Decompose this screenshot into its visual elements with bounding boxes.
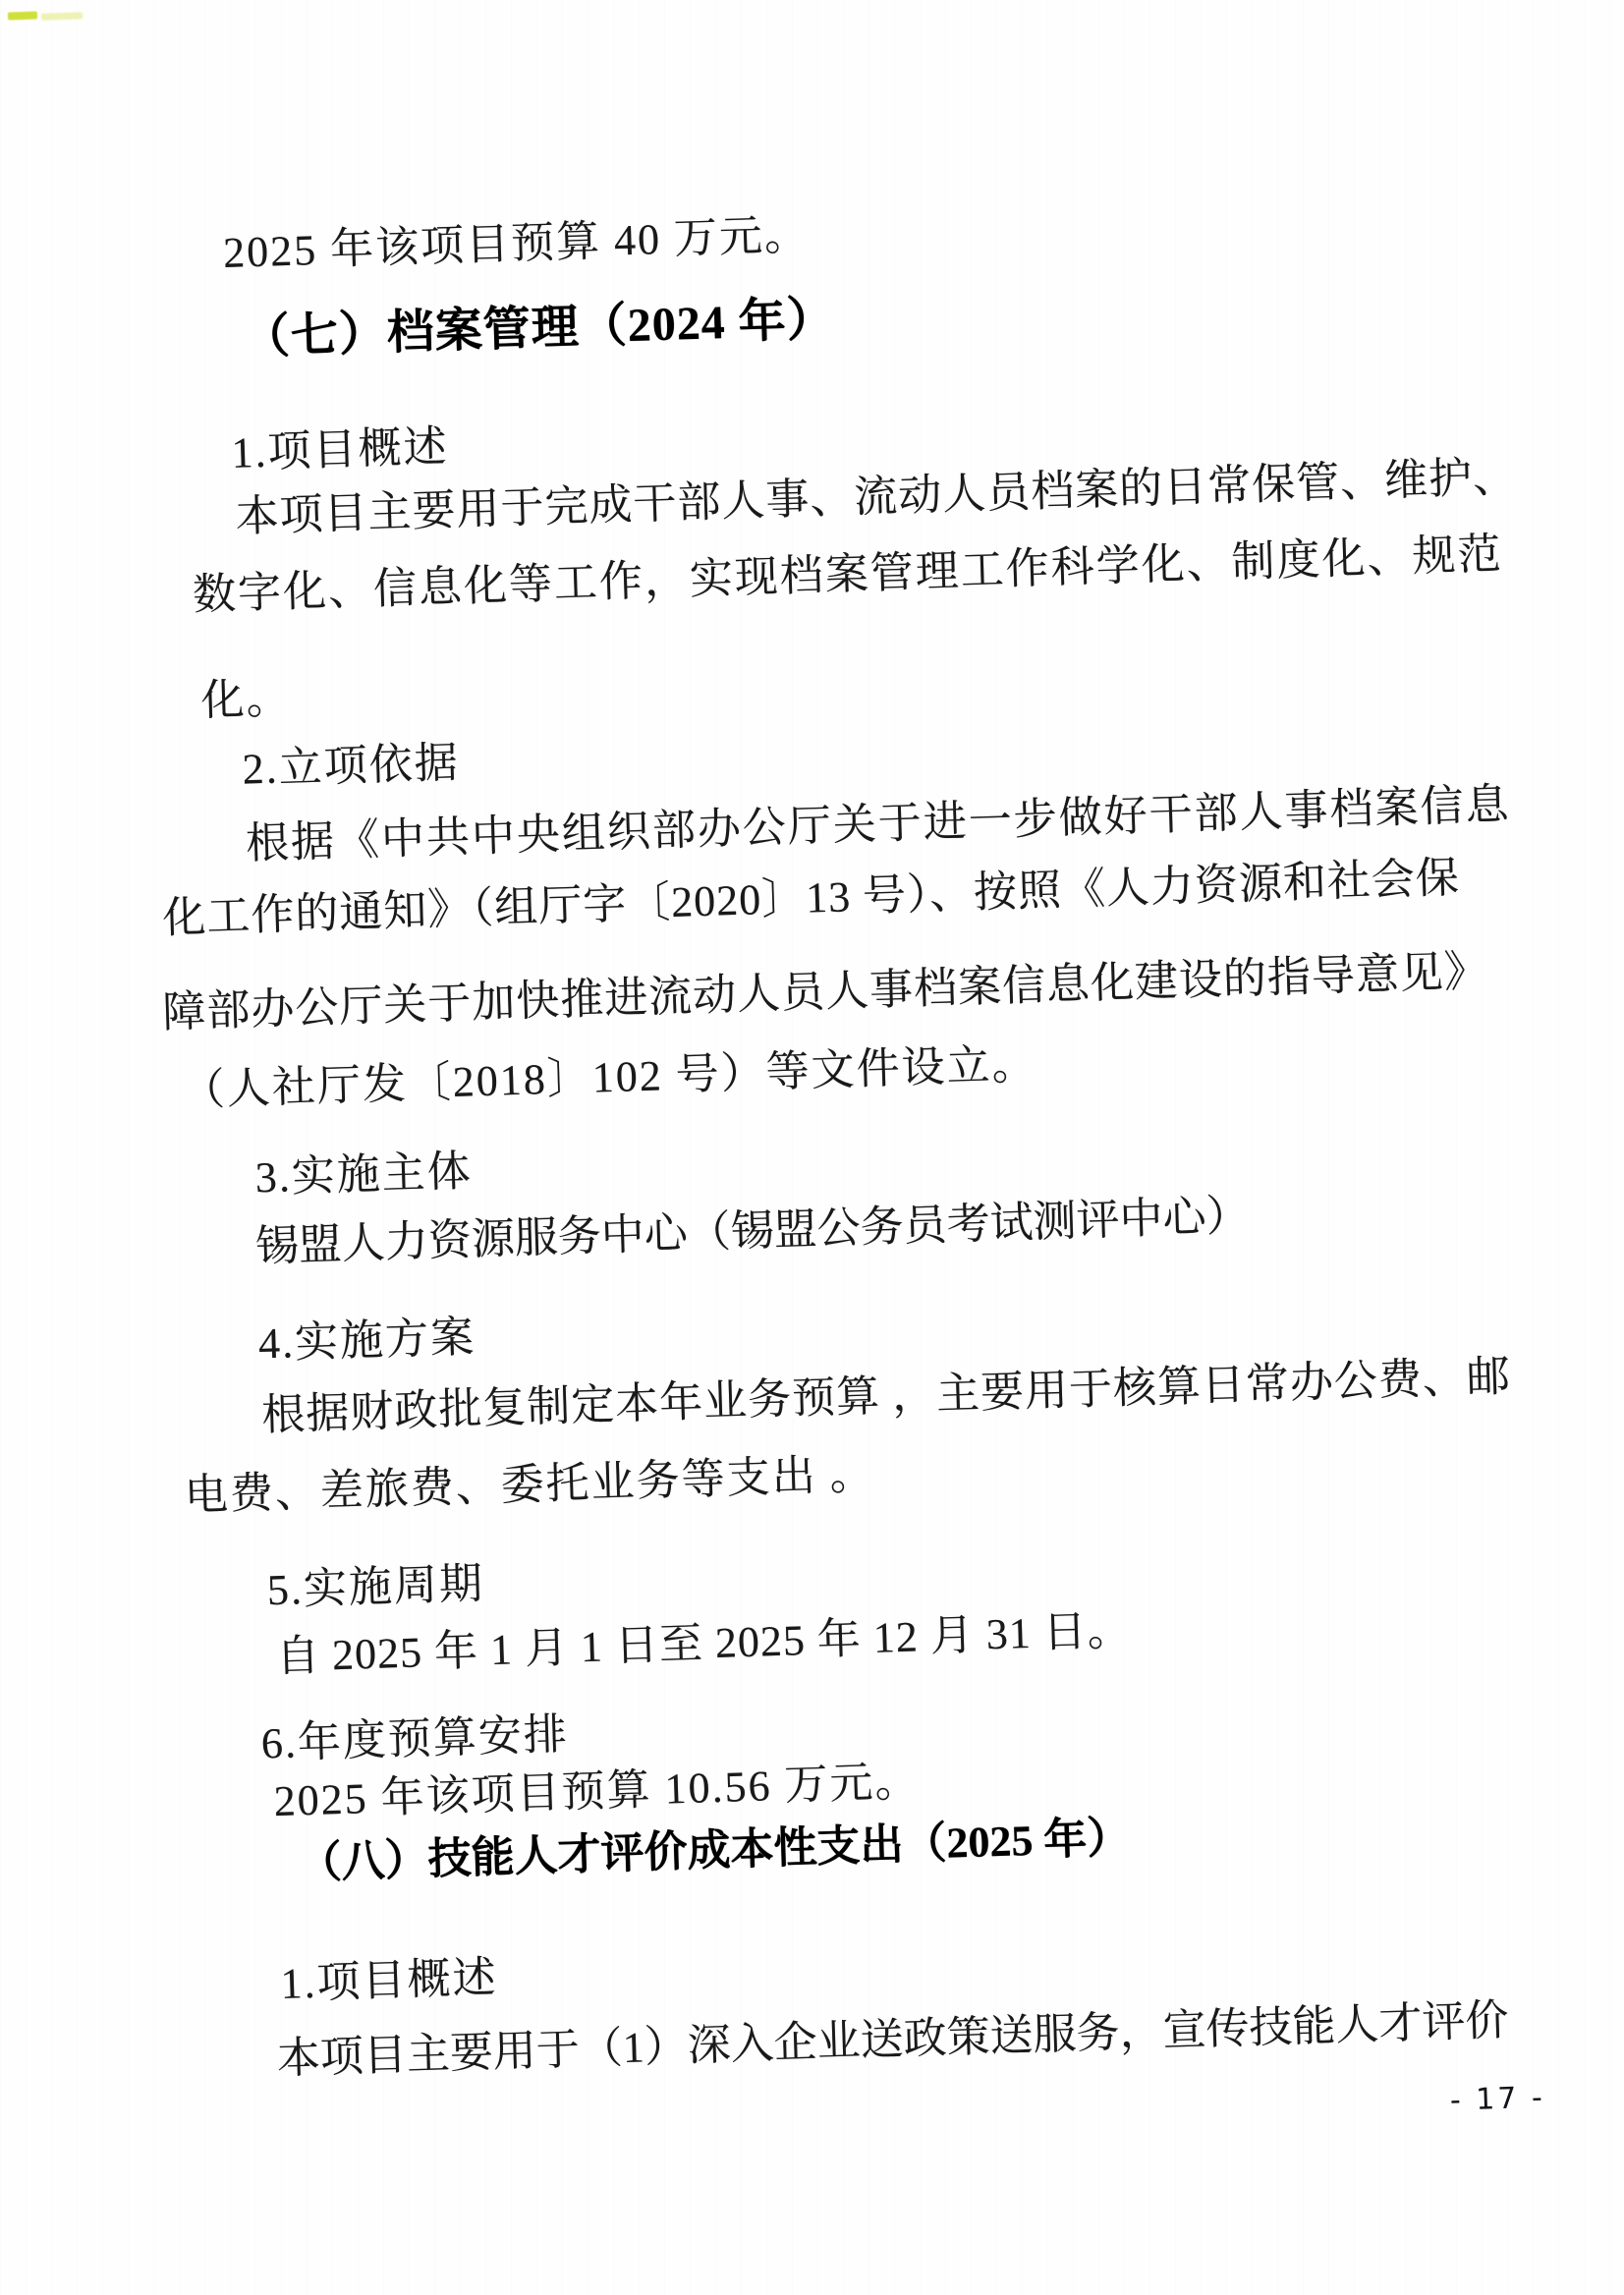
paragraph-plan-line-1: 根据财政批复制定本年业务预算 ，主要用于核算日常办公费、邮 [261,1353,1512,1438]
subheading-implementation-plan: 4.实施方案 [257,1314,476,1367]
subheading-project-overview-2: 1.项目概述 [280,1954,498,2007]
paragraph-basis-line-3: 障部办公厅关于加快推进流动人员人事档案信息化建设的指导意见》 [162,948,1489,1036]
paragraph-plan-line-2: 电费、差旅费、委托业务等支出 。 [184,1451,875,1520]
paragraph-overview2-line-1: 本项目主要用于（1）深入企业送政策送服务，宣传技能人才评价 [276,1997,1509,2083]
subheading-implementing-body: 3.实施主体 [254,1148,473,1202]
subheading-annual-budget: 6.年度预算安排 [260,1711,569,1767]
subheading-project-basis: 2.立项依据 [242,740,460,793]
subheading-project-overview: 1.项目概述 [231,423,449,476]
paragraph-basis-line-4: （人社厅发〔2018〕102 号）等文件设立。 [181,1040,1037,1114]
scanned-document-page: 2025 年该项目预算 40 万元。 （七）档案管理（2024 年） 1.项目概… [0,0,1624,2295]
heading-section-seven: （七）档案管理（2024 年） [242,294,835,364]
paragraph-basis-line-2: 化工作的通知》（组厅字〔2020〕13 号）、按照《人力资源和社会保 [162,855,1461,942]
heading-section-eight: （八）技能人才评价成本性支出（2025 年） [298,1815,1131,1887]
paragraph-implementing-body: 锡盟人力资源服务中心（锡盟公务员考试测评中心） [254,1193,1250,1270]
paragraph-budget-40w: 2025 年该项目预算 40 万元。 [222,211,810,276]
paragraph-basis-line-1: 根据《中共中央组织部办公厅关于进一步做好干部人事档案信息 [245,781,1511,868]
paragraph-overview-line-3: 化。 [200,675,292,724]
page-number: - 17 - [1449,2081,1545,2118]
paragraph-period: 自 2025 年 1 月 1 日至 2025 年 12 月 31 日。 [275,1607,1132,1681]
paragraph-budget-1056: 2025 年该项目预算 10.56 万元。 [273,1758,921,1824]
paragraph-overview-line-2: 数字化、信息化等工作，实现档案管理工作科学化、制度化、规范 [192,531,1503,618]
subheading-implementation-period: 5.实施周期 [266,1560,484,1613]
document-text-block: 2025 年该项目预算 40 万元。 （七）档案管理（2024 年） 1.项目概… [0,0,1624,2294]
